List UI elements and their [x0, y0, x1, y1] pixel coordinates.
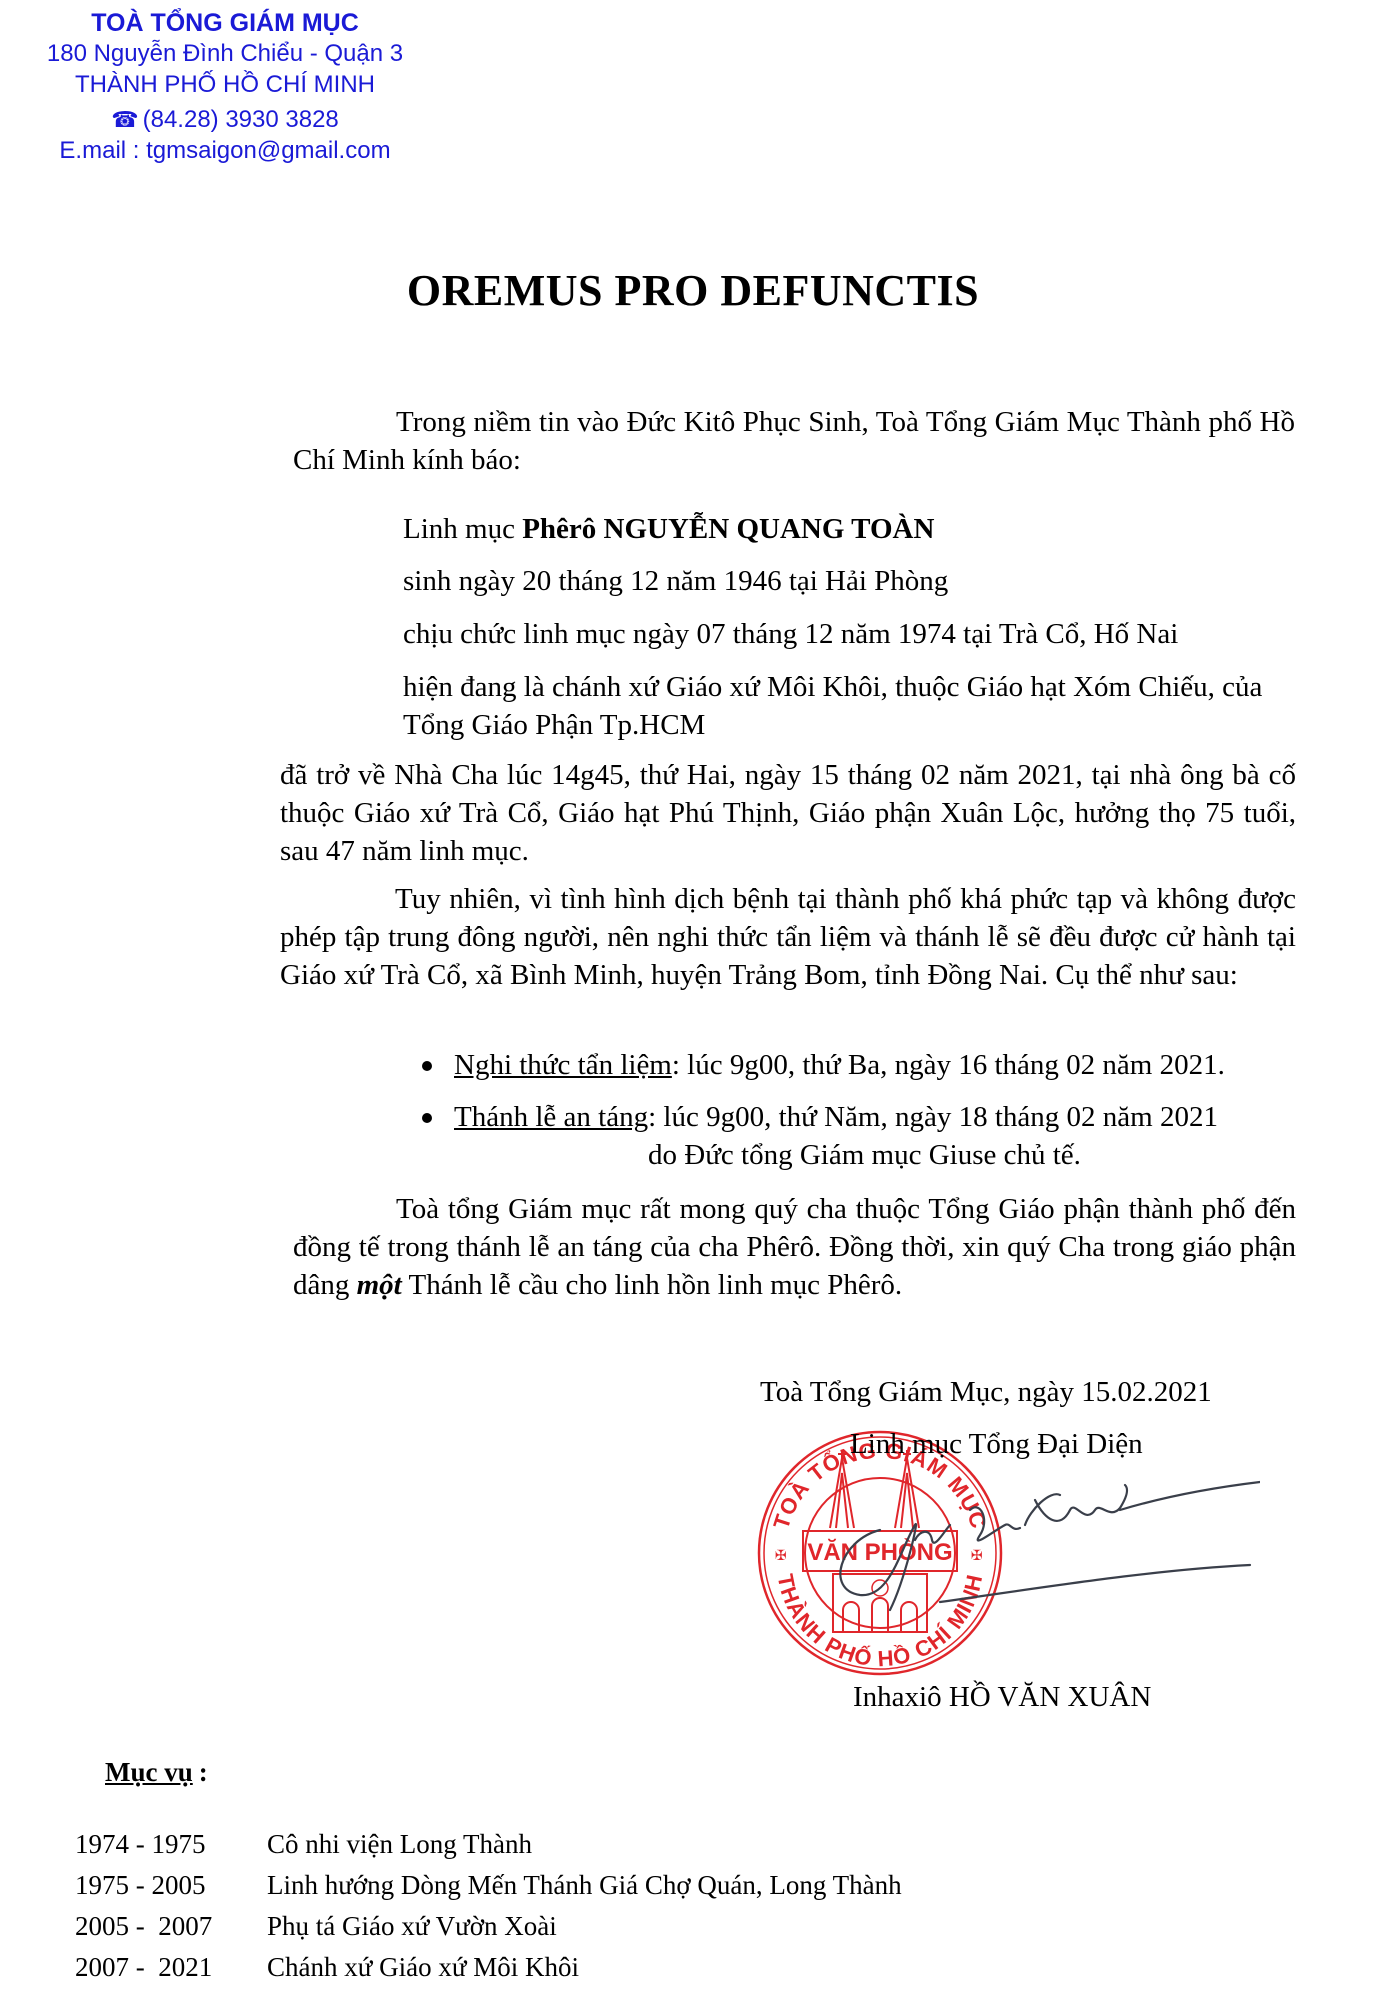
handwritten-signature [820, 1470, 1260, 1620]
ministry-assignment: Linh hướng Dòng Mến Thánh Giá Chợ Quán, … [267, 1865, 902, 1906]
phone-line: ☎(84.28) 3930 3828 [0, 104, 450, 135]
bullet-icon [422, 1061, 432, 1071]
place-date: Toà Tổng Giám Mục, ngày 15.02.2021 [760, 1373, 1212, 1411]
ministry-years: 2005 - 2007 [75, 1906, 267, 1947]
ministry-years: 2007 - 2021 [75, 1947, 267, 1988]
ministry-assignment: Chánh xứ Giáo xứ Môi Khôi [267, 1947, 579, 1988]
phone-number: (84.28) 3930 3828 [143, 106, 339, 133]
ordination-line: chịu chức linh mục ngày 07 tháng 12 năm … [403, 615, 1178, 653]
ministry-entry: 1974 - 1975 Cô nhi viện Long Thành [75, 1824, 902, 1865]
schedule-item-funeral-mass: Thánh lễ an táng: lúc 9g00, thứ Năm, ngà… [418, 1098, 1298, 1174]
svg-text:✠: ✠ [775, 1547, 787, 1563]
email-line: E.mail : tgmsaigon@gmail.com [0, 135, 450, 166]
document-title: OREMUS PRO DEFUNCTIS [0, 265, 1386, 316]
address-line-1: 180 Nguyễn Đình Chiểu - Quận 3 [0, 38, 450, 69]
death-notice-paragraph: đã trở về Nhà Cha lúc 14g45, thứ Hai, ng… [280, 756, 1296, 870]
intro-paragraph: Trong niềm tin vào Đức Kitô Phục Sinh, T… [293, 403, 1295, 479]
letterhead: TOÀ TỔNG GIÁM MỤC 180 Nguyễn Đình Chiểu … [0, 8, 450, 166]
request-paragraph: Toà tổng Giám mục rất mong quý cha thuộc… [293, 1190, 1296, 1304]
ministry-entry: 2007 - 2021 Chánh xứ Giáo xứ Môi Khôi [75, 1947, 902, 1988]
deceased-title: Linh mục [403, 513, 515, 545]
ministry-assignment: Phụ tá Giáo xứ Vườn Xoài [267, 1906, 557, 1947]
schedule-item-encoffining: Nghi thức tẩn liệm: lúc 9g00, thứ Ba, ng… [418, 1046, 1298, 1084]
schedule-detail: : lúc 9g00, thứ Ba, ngày 16 tháng 02 năm… [672, 1049, 1225, 1081]
ministry-heading: Mục vụ: [105, 1757, 208, 1788]
schedule-label: Thánh lễ an táng [454, 1101, 648, 1133]
ministry-heading-colon: : [199, 1757, 208, 1788]
schedule-continuation: do Đức tổng Giám mục Giuse chủ tế. [454, 1136, 1298, 1174]
current-role-line: hiện đang là chánh xứ Giáo xứ Môi Khôi, … [403, 668, 1303, 744]
schedule-detail: : lúc 9g00, thứ Năm, ngày 18 tháng 02 nă… [648, 1101, 1218, 1133]
arrangement-paragraph: Tuy nhiên, vì tình hình dịch bệnh tại th… [280, 880, 1296, 994]
ministry-entry: 1975 - 2005 Linh hướng Dòng Mến Thánh Gi… [75, 1865, 902, 1906]
deceased-name: Phêrô NGUYỄN QUANG TOÀN [522, 513, 934, 545]
schedule-label: Nghi thức tẩn liệm [454, 1049, 672, 1081]
ministry-years: 1974 - 1975 [75, 1824, 267, 1865]
ministry-assignment: Cô nhi viện Long Thành [267, 1824, 532, 1865]
ministry-entry: 2005 - 2007 Phụ tá Giáo xứ Vườn Xoài [75, 1906, 902, 1947]
ministry-heading-text: Mục vụ [105, 1757, 193, 1787]
signer-name: Inhaxiô HỒ VĂN XUÂN [853, 1678, 1151, 1716]
bullet-icon [422, 1113, 432, 1123]
ministry-list: 1974 - 1975 Cô nhi viện Long Thành 1975 … [75, 1824, 902, 1988]
request-text-end: Thánh lễ cầu cho linh hồn linh mục Phêrô… [402, 1269, 902, 1301]
schedule-list: Nghi thức tẩn liệm: lúc 9g00, thứ Ba, ng… [418, 1046, 1298, 1188]
birth-line: sinh ngày 20 tháng 12 năm 1946 tại Hải P… [403, 562, 948, 600]
request-emphasis: một [357, 1269, 402, 1301]
organization-name: TOÀ TỔNG GIÁM MỤC [0, 8, 450, 38]
signer-position: Linh mục Tổng Đại Diện [850, 1425, 1143, 1463]
address-line-2: THÀNH PHỐ HỒ CHÍ MINH [0, 69, 450, 100]
deceased-name-line: Linh mục Phêrô NGUYỄN QUANG TOÀN [403, 510, 934, 548]
ministry-years: 1975 - 2005 [75, 1865, 267, 1906]
phone-icon: ☎ [111, 107, 138, 132]
